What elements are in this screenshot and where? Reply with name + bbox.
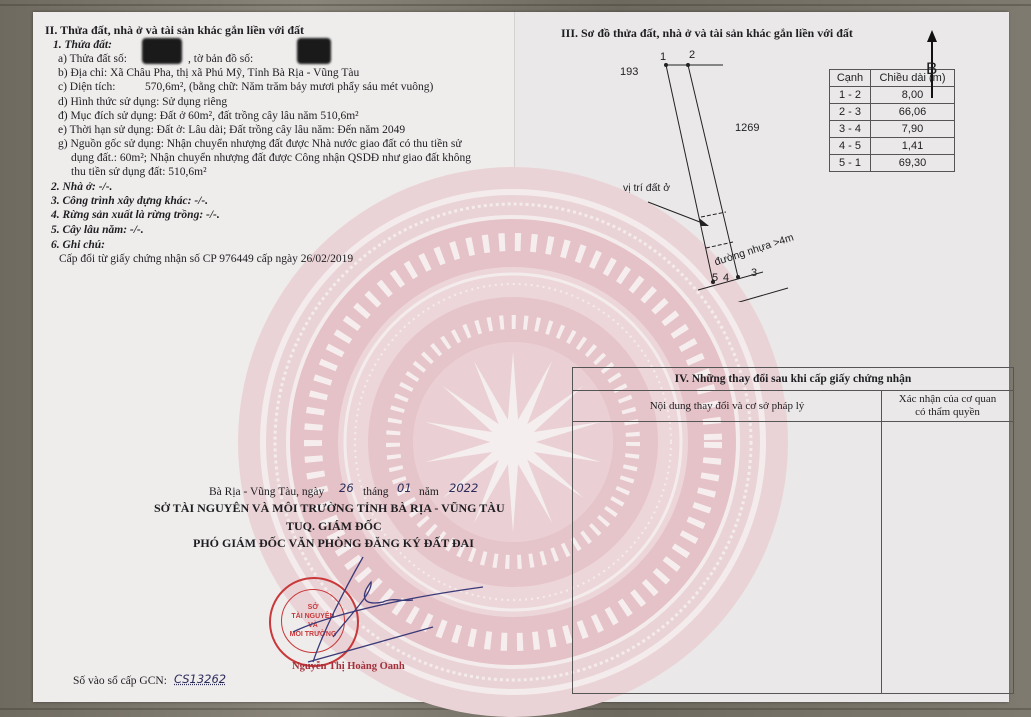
column-header-confirmation: Xác nhận của cơ quan có thẩm quyền <box>882 391 1013 421</box>
point-3-label: 3 <box>751 267 757 280</box>
changes-empty-row <box>573 422 1013 693</box>
column-header-edge: Cạnh <box>830 70 871 87</box>
point-5-label: 5 <box>712 272 718 285</box>
residential-land-label: vị trí đất ở <box>623 182 670 195</box>
issue-day: 26 <box>339 482 354 495</box>
change-content-cell <box>573 422 882 693</box>
on-behalf-of: TUQ. GIÁM ĐỐC <box>286 520 382 533</box>
confirmation-header-line-2: có thẩm quyền <box>915 406 980 419</box>
usage-form: d) Hình thức sử dụng: Sử dụng riêng <box>58 96 227 109</box>
origin-line-2: dụng đất.: 60m²; Nhận chuyển nhượng đất … <box>71 152 471 165</box>
issue-month: 01 <box>397 482 412 495</box>
registry-label: Số vào sổ cấp GCN: <box>73 675 167 688</box>
handwritten-signature-icon <box>253 552 493 672</box>
land-use-certificate: II. Thửa đất, nhà ở và tài sản khác gắn … <box>33 12 1008 702</box>
point-2-label: 2 <box>689 49 695 62</box>
redacted-parcel-number <box>142 38 182 64</box>
parcel-sketch <box>593 52 823 302</box>
length-cell: 7,90 <box>871 121 955 138</box>
edge-cell: 4 - 5 <box>830 138 871 155</box>
land-heading: 1. Thửa đất: <box>53 39 112 52</box>
house-item: 2. Nhà ở: -/-. <box>51 181 112 194</box>
year-label: năm <box>419 486 439 499</box>
column-header-change-content: Nội dung thay đổi và cơ sở pháp lý <box>573 391 882 421</box>
table-row: 4 - 51,41 <box>830 138 955 155</box>
notes-heading: 6. Ghi chú: <box>51 239 105 252</box>
changes-header-row: Nội dung thay đổi và cơ sở pháp lý Xác n… <box>573 391 1013 422</box>
parcel-number-label: a) Thửa đất số: <box>58 53 127 66</box>
origin-line-3: thu tiền sử dụng đất: 510,6m² <box>71 166 207 179</box>
place-date-prefix: Bà Rịa - Vũng Tàu, ngày <box>209 486 324 499</box>
usage-purpose: đ) Mục đích sử dụng: Đất ở 60m², đất trồ… <box>58 110 359 123</box>
length-cell: 69,30 <box>871 155 955 172</box>
edge-cell: 5 - 1 <box>830 155 871 172</box>
redacted-map-sheet <box>297 38 331 64</box>
usage-term: e) Thời hạn sử dụng: Đất ở: Lâu dài; Đất… <box>58 124 405 137</box>
area-label: c) Diện tích: <box>58 81 115 94</box>
table-row: 3 - 47,90 <box>830 121 955 138</box>
notes-text: Cấp đổi từ giấy chứng nhận số CP 976449 … <box>59 253 353 266</box>
address: b) Địa chỉ: Xã Châu Pha, thị xã Phú Mỹ, … <box>58 67 359 80</box>
confirmation-header-line-1: Xác nhận của cơ quan <box>899 393 996 406</box>
origin-line-1: g) Nguồn gốc sử dụng: Nhận chuyển nhượng… <box>58 138 462 151</box>
edge-cell: 1 - 2 <box>830 87 871 104</box>
point-1-label: 1 <box>660 51 666 64</box>
neighbor-parcel-193: 193 <box>620 66 638 79</box>
table-row: 2 - 366,06 <box>830 104 955 121</box>
month-label: tháng <box>363 486 389 499</box>
wood-grain <box>0 708 1031 710</box>
registry-number: CS13262 <box>174 673 226 686</box>
area-value: 570,6m², (bằng chữ: Năm trăm bảy mươi ph… <box>145 81 433 94</box>
confirmation-cell <box>882 422 1013 693</box>
plantation-forest-item: 4. Rừng sản xuất là rừng trồng: -/-. <box>51 209 220 222</box>
section-3-title: III. Sơ đồ thửa đất, nhà ở và tài sản kh… <box>561 27 853 40</box>
length-cell: 66,06 <box>871 104 955 121</box>
length-cell: 1,41 <box>871 138 955 155</box>
edge-cell: 2 - 3 <box>830 104 871 121</box>
issue-year: 2022 <box>449 482 478 495</box>
section-4-title: IV. Những thay đổi sau khi cấp giấy chứn… <box>573 368 1013 391</box>
other-construction-item: 3. Công trình xây dựng khác: -/-. <box>51 195 208 208</box>
edge-cell: 3 - 4 <box>830 121 871 138</box>
table-row: 5 - 169,30 <box>830 155 955 172</box>
issuing-authority: SỞ TÀI NGUYÊN VÀ MÔI TRƯỜNG TỈNH BÀ RỊA … <box>154 502 505 515</box>
neighbor-parcel-1269: 1269 <box>735 122 759 135</box>
map-sheet-label: , tờ bản đồ số: <box>188 53 253 66</box>
section-2-title: II. Thửa đất, nhà ở và tài sản khác gắn … <box>45 24 304 37</box>
wood-grain <box>0 4 1031 6</box>
point-4-label: 4 <box>723 272 729 285</box>
signer-name: Nguyễn Thị Hoàng Oanh <box>292 660 405 673</box>
changes-table: IV. Những thay đổi sau khi cấp giấy chứn… <box>572 367 1014 694</box>
perennial-tree-item: 5. Cây lâu năm: -/-. <box>51 224 144 237</box>
signer-position: PHÓ GIÁM ĐỐC VĂN PHÒNG ĐĂNG KÝ ĐẤT ĐAI <box>193 537 474 550</box>
north-label: B <box>926 60 937 78</box>
